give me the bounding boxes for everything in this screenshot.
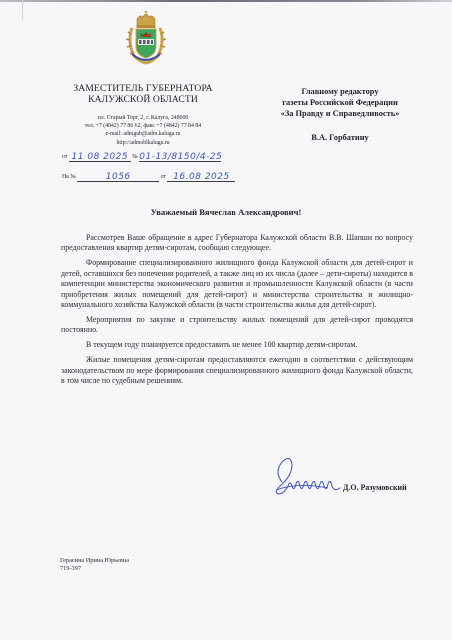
reply-to-label: На № [62,174,76,180]
body-paragraph: Жилые помещения детям-сиротам предоставл… [61,355,413,386]
reply-number-field: 1056 [77,171,159,182]
reply-to-number: 1056 [106,172,131,182]
signature-block: Д.О. Разумовский [268,452,428,502]
reply-date-value: 16.08 2025 [173,172,230,182]
handwritten-signature-icon [268,452,348,502]
signer-name: Д.О. Разумовский [343,483,407,492]
body-paragraph: В текущем году планируется предоставить … [61,340,413,350]
reply-date-label: от [161,174,166,180]
sender-contacts: пл. Старый Торг, 2, г. Калуга, 248000 те… [52,114,234,147]
date-value: 11 08 2025 [72,152,129,162]
sender-phone: тел. +7 (4842) 77 86 62, факс +7 (4842) … [52,122,234,130]
scan-top-edge [0,0,452,2]
executor-name: Герасина Ирина Юрьевна [60,557,129,565]
number-value: 01-13/8150/4-25 [139,152,222,162]
executor-block: Герасина Ирина Юрьевна 719-397 [60,557,129,573]
sender-title-line1: ЗАМЕСТИТЕЛЬ ГУБЕРНАТОРА [52,83,234,94]
body-paragraph: Рассмотрев Ваше обращение в адрес Губерн… [61,233,413,254]
body-paragraph: Формирование специализированного жилищно… [61,258,413,310]
sender-email: e-mail: admgub@adm.kaluga.ru [52,130,234,138]
body-paragraph: Мероприятия по закупке и строительству ж… [61,315,413,336]
outgoing-registration: от 11 08 2025 № 01-13/8150/4-25 [62,151,221,162]
date-label: от [62,154,67,160]
recipient-name: В.А. Горбатину [250,132,430,143]
incoming-reference: На № 1056 от 16.08 2025 [62,171,235,182]
reply-date-field: 16.08 2025 [167,171,235,182]
recipient-line2: газеты Российской Федерации [250,97,430,108]
sender-address: пл. Старый Торг, 2, г. Калуга, 248000 [52,114,234,122]
recipient-line1: Главному редактору [250,86,430,97]
letter-page: ЗАМЕСТИТЕЛЬ ГУБЕРНАТОРА КАЛУЖСКОЙ ОБЛАСТ… [0,0,452,640]
sender-block: ЗАМЕСТИТЕЛЬ ГУБЕРНАТОРА КАЛУЖСКОЙ ОБЛАСТ… [52,83,234,147]
scan-left-edge [22,0,23,20]
coat-of-arms-icon [126,8,166,68]
date-field: 11 08 2025 [69,151,131,162]
recipient-line3: «За Правду и Справедливость» [250,108,430,119]
number-label: № [132,154,138,160]
letter-body: Рассмотрев Ваше обращение в адрес Губерн… [61,233,413,391]
salutation: Уважаемый Вячеслав Александрович! [0,207,452,217]
executor-phone: 719-397 [60,565,129,573]
recipient-block: Главному редактору газеты Российской Фед… [250,86,430,143]
sender-website: http://admoblkaluga.ru [52,139,234,147]
number-field: 01-13/8150/4-25 [139,151,221,162]
sender-title-line2: КАЛУЖСКОЙ ОБЛАСТИ [52,94,234,105]
